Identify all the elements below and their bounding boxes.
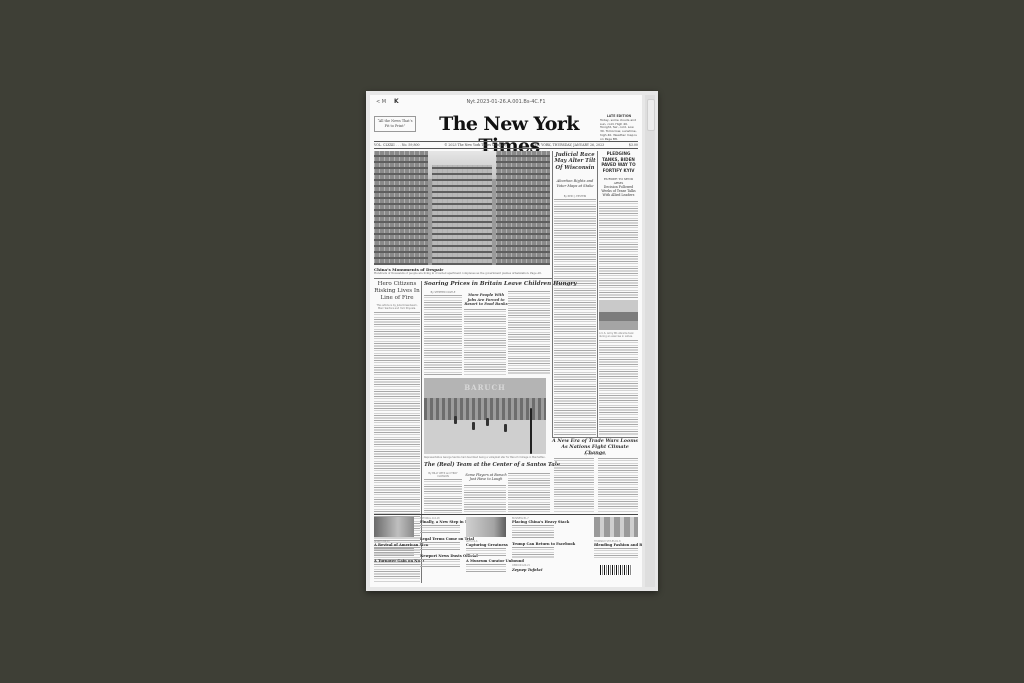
- byline-judicial-race: By REID J. EPSTEIN: [556, 195, 594, 198]
- rail-text: [512, 547, 554, 559]
- subhead-judicial-race: Abortion Rights and Voter Maps at Stake: [556, 179, 594, 188]
- rail-item[interactable]: Capturing Greatness: [466, 543, 508, 547]
- article-body-judicial-race: [554, 199, 596, 435]
- rail-text: [420, 542, 460, 550]
- rail-text: [420, 525, 460, 533]
- rail-photo-arts[interactable]: [466, 517, 506, 537]
- article-body-pledging-tanks-cont: [599, 340, 638, 435]
- tank-photo-caption: A U.S. Army M1 Abrams tank during an exe…: [599, 332, 638, 338]
- article-body-santos-2: [464, 485, 506, 513]
- column-rule: [552, 151, 553, 437]
- section-rule: [374, 278, 552, 279]
- player-figure: [486, 418, 489, 426]
- lead-photo-caption: Hundreds of thousands of people are livi…: [374, 272, 550, 275]
- lead-photo[interactable]: [374, 151, 550, 265]
- byline-hero-citizens: This article is by Julia Kirsenbaum, Mar…: [374, 304, 420, 310]
- byline-santos-team: By BILLY WITZ and TROY CLOSSON: [424, 472, 462, 478]
- volleyball-photo[interactable]: BARUCH: [424, 378, 546, 454]
- byline-trade-wars: By ANA SWANSON: [552, 453, 638, 456]
- byline-soaring-prices: By STEPHEN CASTLE: [424, 291, 462, 294]
- subhead-santos-team: Some Players at Baruch Just Have to Laug…: [464, 473, 508, 482]
- player-figure: [472, 422, 475, 430]
- rail-item[interactable]: Zeynep Tufekci: [512, 568, 543, 572]
- rail-text: [374, 548, 414, 556]
- vertical-scrollbar[interactable]: [645, 95, 655, 587]
- file-label: Nyt.2023-01-26.A.001.Bs-4C.F1: [430, 99, 582, 105]
- ear-weather: Today, some clouds and sun, cold. High 4…: [600, 118, 637, 141]
- tank-photo[interactable]: [599, 300, 638, 330]
- barcode: [600, 565, 632, 575]
- rail-item[interactable]: Placing China's Heavy Stack: [512, 520, 569, 524]
- rail-item[interactable]: Blending Fashion and Rock: [594, 543, 642, 547]
- bottom-rail: SPORTS B8-11 A Revival of American Men A…: [374, 515, 638, 585]
- rail-photo-styles[interactable]: [594, 517, 638, 537]
- headline-pledging-tanks[interactable]: PLEDGING TANKS, BIDEN PAVED WAY TO FORTI…: [599, 152, 638, 174]
- rail-photo-sports[interactable]: [374, 517, 414, 537]
- article-body-soaring-prices-3: [508, 291, 550, 375]
- copyright: © 2023 The New York Times Company: [444, 142, 507, 148]
- subhead-soaring-prices: More People With Jobs Are Forced to Reso…: [464, 293, 508, 307]
- net-pole: [530, 408, 532, 454]
- masthead-ear-right: LATE EDITION Today, some clouds and sun,…: [600, 115, 638, 142]
- rail-item[interactable]: A Museum Curator Unbound: [466, 559, 524, 563]
- rail-text: [512, 525, 554, 539]
- article-body-soaring-prices-1: [424, 295, 462, 375]
- dateline: VOL. CLXXII . . . No. 59,800 © 2023 The …: [374, 141, 638, 149]
- headline-hero-citizens[interactable]: Hero Citizens Risking Lives In Line of F…: [374, 281, 420, 301]
- article-body-santos-3: [508, 473, 550, 513]
- photo-stands: [424, 398, 546, 420]
- photo-court: [424, 420, 546, 454]
- article-body-trade-wars-1: [554, 458, 594, 513]
- article-body-trade-wars-2: [598, 458, 638, 513]
- article-body-pledging-tanks: [599, 201, 638, 299]
- article-body-soaring-prices-2: [464, 309, 506, 375]
- rail-text: [466, 548, 506, 556]
- rail-text: [466, 564, 506, 572]
- viewer-toolbar: < M K Nyt.2023-01-26.A.001.Bs-4C.F1: [370, 95, 642, 109]
- masthead-ear-left: “All the News That’s Fit to Print”: [374, 116, 416, 132]
- column-rule: [597, 151, 598, 437]
- rail-item[interactable]: Trump Can Return to Facebook: [512, 542, 575, 546]
- player-figure: [454, 416, 457, 424]
- subhead-pledging-tanks: Decision Followed Weeks of Tense Talks W…: [599, 185, 638, 198]
- rail-text: [420, 559, 460, 567]
- volume: VOL. CLXXII . . . No. 59,800: [374, 142, 420, 148]
- rail-item[interactable]: A Turnover Gain on No. 1: [374, 559, 425, 563]
- front-page[interactable]: < M K Nyt.2023-01-26.A.001.Bs-4C.F1 “All…: [370, 95, 642, 587]
- headline-judicial-race[interactable]: Judicial Race May Alter Tilt Of Wisconsi…: [554, 152, 596, 171]
- article-body-santos-1: [424, 479, 462, 513]
- location-date: NEW YORK, THURSDAY, JANUARY 26, 2023: [532, 142, 604, 148]
- rail-text: [374, 564, 414, 572]
- player-figure: [504, 424, 507, 432]
- photo-banner: BARUCH: [424, 378, 546, 398]
- headline-santos-team[interactable]: The (Real) Team at the Center of a Santo…: [424, 462, 550, 468]
- back-control[interactable]: < M: [376, 99, 386, 105]
- scrollbar-thumb[interactable]: [647, 99, 655, 131]
- rail-kicker: OPINION A20-21: [512, 564, 530, 567]
- masthead: “All the News That’s Fit to Print” The N…: [370, 111, 642, 141]
- k-label[interactable]: K: [394, 98, 399, 105]
- photo-building-center: [432, 165, 492, 265]
- photo-building-right: [496, 151, 550, 265]
- headline-soaring-prices[interactable]: Soaring Prices in Britain Leave Children…: [424, 281, 550, 287]
- rail-text: [594, 548, 638, 558]
- volleyball-photo-caption: Representative George Santos had describ…: [424, 456, 548, 459]
- photo-building-left: [374, 151, 428, 265]
- price: $3.00: [629, 142, 638, 148]
- kicker-pledging-tanks: EUROPE TO SEND ARMS: [599, 177, 638, 185]
